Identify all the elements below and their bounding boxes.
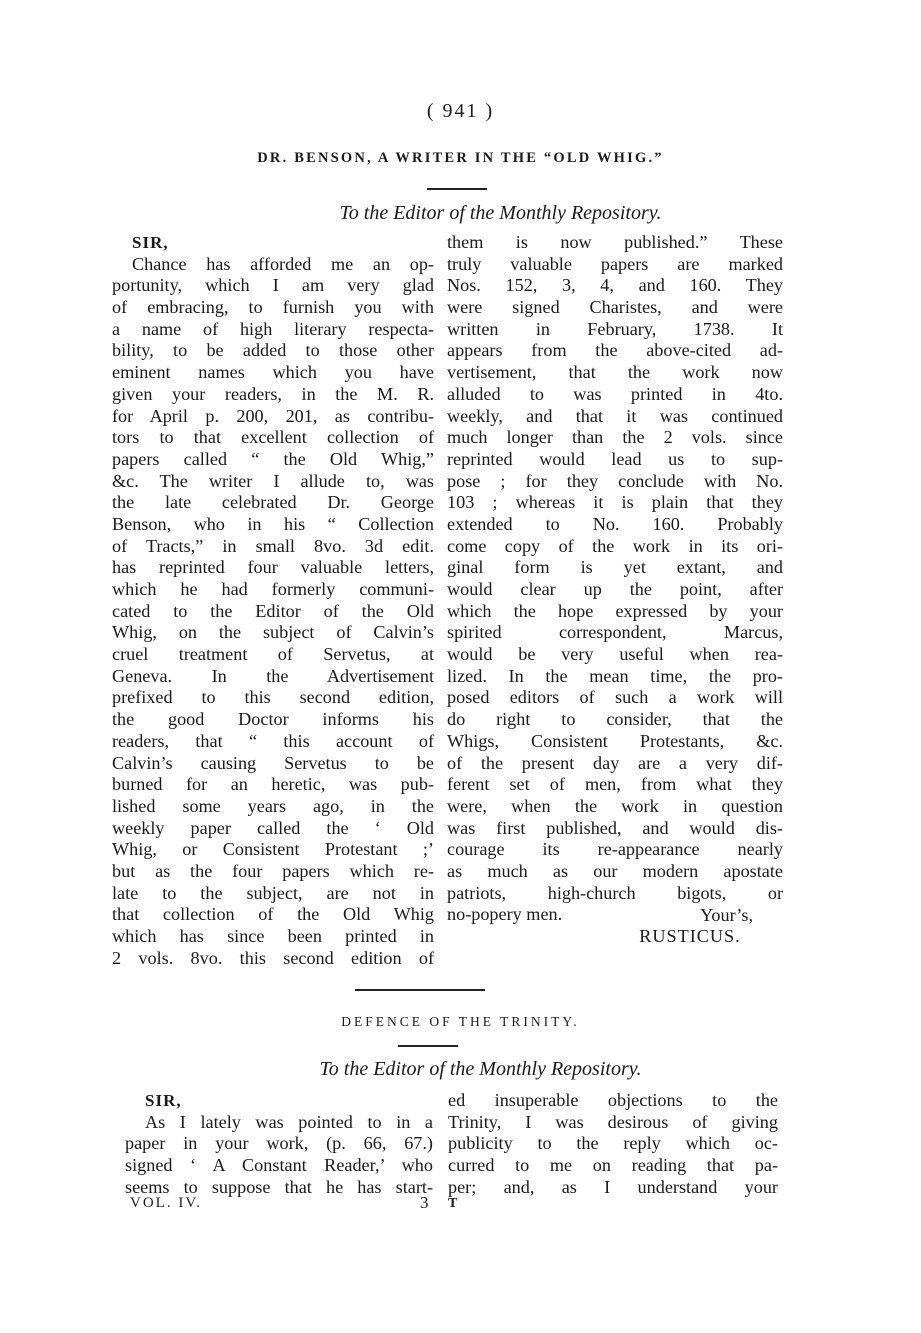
text-line: of embracing, to furnish you with [112,297,434,319]
text-line: portunity, which I am very glad [112,275,434,297]
text-line: that collection of the Old Whig [112,904,434,926]
article-heading: DEFENCE OF THE TRINITY. [0,1014,921,1030]
divider-rule [398,1045,458,1047]
text-line: appears from the above-cited ad- [447,340,783,362]
text-line: extended to No. 160. Probably [447,514,783,536]
text-line: weekly, and that it was continued [447,406,783,428]
text-line: were, when the work in question [447,796,783,818]
text-line: Trinity, I was desirous of giving [448,1112,778,1134]
text-line: vertisement, that the work now [447,362,783,384]
text-line: them is now published.” These [447,232,783,254]
text-line: pose ; for they conclude with No. [447,471,783,493]
text-line: would be very useful when rea- [447,644,783,666]
divider-rule [427,188,487,190]
text-line: &c. The writer I allude to, was [112,471,434,493]
text-line: lized. In the mean time, the pro- [447,666,783,688]
text-line: publicity to the reply which oc- [448,1133,778,1155]
article1-left-column: SIR, Chance has afforded me an op-portun… [112,232,434,969]
article1-right-column: them is now published.” Thesetruly valua… [447,232,783,948]
text-line: courage its re-appearance nearly [447,839,783,861]
text-line: spirited correspondent, Marcus, [447,622,783,644]
text-line: the good Doctor informs his [112,709,434,731]
text-line: burned for an heretic, was pub- [112,774,434,796]
text-line: 103 ; whereas it is plain that they [447,492,783,514]
text-line: much longer than the 2 vols. since [447,427,783,449]
text-line: were signed Charistes, and were [447,297,783,319]
text-line: curred to me on reading that pa- [448,1155,778,1177]
closing: Your’s, [700,905,753,927]
text-line: truly valuable papers are marked [447,254,783,276]
text-line: given your readers, in the M. R. [112,384,434,406]
signature-letter: T [448,1196,457,1212]
text-line: has reprinted four valuable letters, [112,557,434,579]
text-line: for April p. 200, 201, as contribu- [112,406,434,428]
text-line: Geneva. In the Advertisement [112,666,434,688]
text-line: cated to the Editor of the Old [112,601,434,623]
signature-mark: 3 [420,1193,429,1213]
text-line: tors to that excellent collection of [112,427,434,449]
text-line: do right to consider, that the [447,709,783,731]
text-line: signed ‘ A Constant Reader,’ who [125,1155,433,1177]
text-line: paper in your work, (p. 66, 67.) [125,1133,433,1155]
text-line: Whig, on the subject of Calvin’s [112,622,434,644]
text-line: but as the four papers which re- [112,861,434,883]
text-line: Whigs, Consistent Protestants, &c. [447,731,783,753]
text-line: bility, to be added to those other [112,340,434,362]
text-line: Calvin’s causing Servetus to be [112,753,434,775]
text-line: papers called “ the Old Whig,” [112,449,434,471]
article2-left-column: SIR, As I lately was pointed to in apape… [125,1090,433,1198]
text-line: per; and, as I understand your [448,1177,778,1199]
text-line: would clear up the point, after [447,579,783,601]
text-line: weekly paper called the ‘ Old [112,818,434,840]
text-line: eminent names which you have [112,362,434,384]
volume-footer: VOL. IV. [130,1195,202,1212]
text-line: prefixed to this second edition, [112,687,434,709]
text-line: Benson, who in his “ Collection [112,514,434,536]
text-line: patriots, high-church bigots, or [447,883,783,905]
text-line: Whig, or Consistent Protestant ;’ [112,839,434,861]
text-line: come copy of the work in its ori- [447,536,783,558]
text-line: of Tracts,” in small 8vo. 3d edit. [112,536,434,558]
text-line: ginal form is yet extant, and [447,557,783,579]
text-line: a name of high literary respecta- [112,319,434,341]
text-line: which has since been printed in [112,926,434,948]
text-line: which the hope expressed by your [447,601,783,623]
text-line: the late celebrated Dr. George [112,492,434,514]
text-line: was first published, and would dis- [447,818,783,840]
text-line: ed insuperable objections to the [448,1090,778,1112]
text-line: alluded to was printed in 4to. [447,384,783,406]
signature: RUSTICUS. [447,926,783,948]
text-line: written in February, 1738. It [447,319,783,341]
text-line: posed editors of such a work will [447,687,783,709]
text-line: Chance has afforded me an op- [112,254,434,276]
text-line: As I lately was pointed to in a [125,1112,433,1134]
text-line: which he had formerly communi- [112,579,434,601]
page-number: ( 941 ) [0,100,921,123]
text-line: cruel treatment of Servetus, at [112,644,434,666]
text-line: of the present day are a very dif- [447,753,783,775]
text-line: lished some years ago, in the [112,796,434,818]
text-line: Nos. 152, 3, 4, and 160. They [447,275,783,297]
article2-right-column: ed insuperable objections to theTrinity,… [448,1090,778,1198]
text-line: reprinted would lead us to sup- [447,449,783,471]
addressee-line: To the Editor of the Monthly Repository. [40,202,921,225]
text-line: late to the subject, are not in [112,883,434,905]
text-line: readers, that “ this account of [112,731,434,753]
addressee-line: To the Editor of the Monthly Repository. [20,1058,921,1081]
salutation: SIR, [112,232,434,254]
text-line: 2 vols. 8vo. this second edition of [112,948,434,970]
section-divider-rule [355,989,485,991]
salutation: SIR, [125,1090,433,1112]
text-line: ferent set of men, from what they [447,774,783,796]
text-line: as much as our modern apostate [447,861,783,883]
article-heading: DR. BENSON, A WRITER IN THE “OLD WHIG.” [0,150,921,167]
